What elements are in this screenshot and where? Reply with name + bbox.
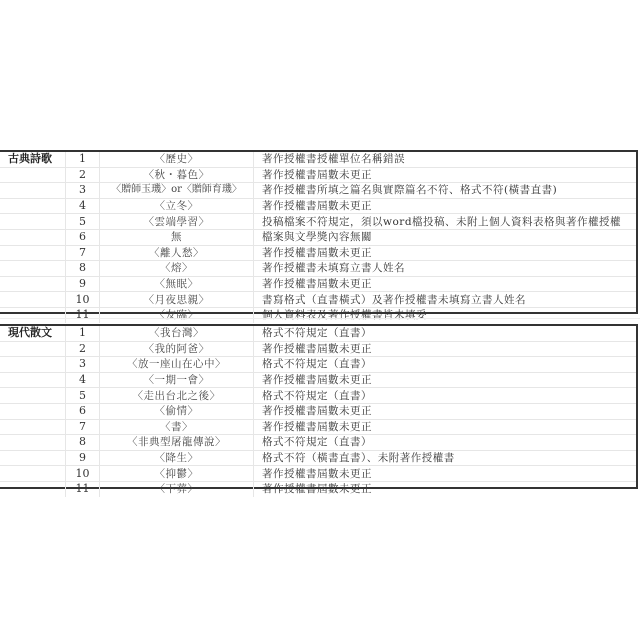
category-label: 現代散文 [0, 326, 66, 341]
category-cell-empty [0, 230, 66, 245]
row-number: 10 [66, 292, 100, 307]
category-cell-empty [0, 183, 66, 198]
table-row: 8 〈熔〉 著作授權書未填寫立書人姓名 [0, 261, 636, 277]
entry-title: 〈降生〉 [100, 451, 254, 466]
entry-title: 〈友臨〉 [100, 308, 254, 323]
category-cell-empty [0, 199, 66, 214]
table-row: 3 〈放一座山在心中〉 格式不符規定（直書） [0, 357, 636, 373]
entry-title: 〈偷情〉 [100, 404, 254, 419]
category-cell-empty [0, 373, 66, 388]
entry-title: 〈放一座山在心中〉 [100, 357, 254, 372]
table-row: 7 〈離人愁〉 著作授權書屆數未更正 [0, 246, 636, 262]
classical-poetry-table: 古典詩歌 1 〈歷史〉 著作授權書授權單位名稱錯誤 2 〈秋・暮色〉 著作授權書… [0, 150, 638, 314]
category-cell-empty [0, 435, 66, 450]
gridline [0, 318, 640, 319]
table-row: 2 〈我的阿爸〉 著作授權書屆數未更正 [0, 342, 636, 358]
table-row: 8 〈非典型屠龍傳說〉 格式不符規定（直書） [0, 435, 636, 451]
category-cell-empty [0, 388, 66, 403]
row-number: 10 [66, 466, 100, 481]
issue-description: 格式不符規定（直書） [254, 388, 636, 403]
table-row: 6 無 檔案與文學獎內容無關 [0, 230, 636, 246]
row-number: 7 [66, 246, 100, 261]
table-row: 4 〈立冬〉 著作授權書屆數未更正 [0, 199, 636, 215]
category-cell-empty [0, 466, 66, 481]
entry-title: 〈歷史〉 [100, 152, 254, 167]
row-number: 3 [66, 357, 100, 372]
entry-title: 無 [100, 230, 254, 245]
row-number: 1 [66, 326, 100, 341]
issue-description: 著作授權書屆數未更正 [254, 246, 636, 261]
issue-description: 著作授權書屆數未更正 [254, 168, 636, 183]
entry-title: 〈贈師玉璣〉or〈贈師育璣〉 [100, 183, 254, 198]
entry-title: 〈我的阿爸〉 [100, 342, 254, 357]
table-row: 3 〈贈師玉璣〉or〈贈師育璣〉 著作授權書所填之篇名與實際篇名不符、格式不符(… [0, 183, 636, 199]
entry-title: 〈一期一會〉 [100, 373, 254, 388]
entry-title: 〈走出台北之後〉 [100, 388, 254, 403]
entry-title: 〈抑鬱〉 [100, 466, 254, 481]
issue-description: 著作授權書屆數未更正 [254, 466, 636, 481]
row-number: 4 [66, 199, 100, 214]
entry-title: 〈我台灣〉 [100, 326, 254, 341]
row-number: 11 [66, 482, 100, 497]
issue-description: 著作授權書屆數未更正 [254, 373, 636, 388]
issue-description: 著作授權書屆數未更正 [254, 404, 636, 419]
issue-description: 格式不符規定（直書） [254, 357, 636, 372]
issue-description: 格式不符規定（直書） [254, 326, 636, 341]
category-cell-empty [0, 404, 66, 419]
table-row: 2 〈秋・暮色〉 著作授權書屆數未更正 [0, 168, 636, 184]
entry-title: 〈非典型屠龍傳說〉 [100, 435, 254, 450]
category-cell-empty [0, 277, 66, 292]
entry-title: 〈秋・暮色〉 [100, 168, 254, 183]
entry-title: 〈熔〉 [100, 261, 254, 276]
issue-description: 著作授權書屆數未更正 [254, 420, 636, 435]
category-cell-empty [0, 451, 66, 466]
issue-description: 著作授權書所填之篇名與實際篇名不符、格式不符(橫書直書) [254, 183, 636, 198]
issue-description: 著作授權書屆數未更正 [254, 199, 636, 214]
table-row: 6 〈偷情〉 著作授權書屆數未更正 [0, 404, 636, 420]
row-number: 11 [66, 308, 100, 323]
category-cell-empty [0, 482, 66, 497]
spreadsheet-sheet: 古典詩歌 1 〈歷史〉 著作授權書授權單位名稱錯誤 2 〈秋・暮色〉 著作授權書… [0, 0, 640, 640]
issue-description: 投稿檔案不符規定，須以word檔投稿、未附上個人資料表格與著作權授權 [254, 214, 636, 229]
row-number: 2 [66, 342, 100, 357]
issue-description: 檔案與文學獎內容無關 [254, 230, 636, 245]
entry-title: 〈離人愁〉 [100, 246, 254, 261]
issue-description: 著作授權書屆數未更正 [254, 342, 636, 357]
row-number: 1 [66, 152, 100, 167]
row-number: 8 [66, 261, 100, 276]
category-cell-empty [0, 342, 66, 357]
modern-prose-table: 現代散文 1 〈我台灣〉 格式不符規定（直書） 2 〈我的阿爸〉 著作授權書屆數… [0, 324, 638, 489]
issue-description: 著作授權書屆數未更正 [254, 277, 636, 292]
entry-title: 〈雲端學習〉 [100, 214, 254, 229]
table-row: 11 〈下葬〉 著作授權書屆數未更正 [0, 482, 636, 497]
entry-title: 〈下葬〉 [100, 482, 254, 497]
category-cell-empty [0, 261, 66, 276]
entry-title: 〈立冬〉 [100, 199, 254, 214]
table-row: 7 〈書〉 著作授權書屆數未更正 [0, 420, 636, 436]
category-cell-empty [0, 214, 66, 229]
category-cell-empty [0, 357, 66, 372]
issue-description: 個人資料表及著作授權書皆未填妥 [254, 308, 636, 323]
table-row: 現代散文 1 〈我台灣〉 格式不符規定（直書） [0, 326, 636, 342]
category-cell-empty [0, 246, 66, 261]
row-number: 7 [66, 420, 100, 435]
issue-description: 著作授權書屆數未更正 [254, 482, 636, 497]
table-row: 5 〈雲端學習〉 投稿檔案不符規定，須以word檔投稿、未附上個人資料表格與著作… [0, 214, 636, 230]
category-cell-empty [0, 308, 66, 323]
row-number: 5 [66, 214, 100, 229]
row-number: 4 [66, 373, 100, 388]
table-row: 10 〈月夜思親〉 書寫格式（直書橫式）及著作授權書未填寫立書人姓名 [0, 292, 636, 308]
entry-title: 〈月夜思親〉 [100, 292, 254, 307]
table-row: 11 〈友臨〉 個人資料表及著作授權書皆未填妥 [0, 308, 636, 323]
row-number: 6 [66, 230, 100, 245]
issue-description: 著作授權書授權單位名稱錯誤 [254, 152, 636, 167]
category-cell-empty [0, 420, 66, 435]
entry-title: 〈無眠〉 [100, 277, 254, 292]
table-row: 古典詩歌 1 〈歷史〉 著作授權書授權單位名稱錯誤 [0, 152, 636, 168]
table-row: 5 〈走出台北之後〉 格式不符規定（直書） [0, 388, 636, 404]
row-number: 2 [66, 168, 100, 183]
row-number: 9 [66, 451, 100, 466]
table-row: 10 〈抑鬱〉 著作授權書屆數未更正 [0, 466, 636, 482]
row-number: 6 [66, 404, 100, 419]
category-label: 古典詩歌 [0, 152, 66, 167]
category-cell-empty [0, 168, 66, 183]
category-cell-empty [0, 292, 66, 307]
issue-description: 著作授權書未填寫立書人姓名 [254, 261, 636, 276]
row-number: 3 [66, 183, 100, 198]
table-row: 9 〈降生〉 格式不符（橫書直書）、未附著作授權書 [0, 451, 636, 467]
entry-title: 〈書〉 [100, 420, 254, 435]
issue-description: 格式不符規定（直書） [254, 435, 636, 450]
row-number: 9 [66, 277, 100, 292]
issue-description: 格式不符（橫書直書）、未附著作授權書 [254, 451, 636, 466]
row-number: 8 [66, 435, 100, 450]
issue-description: 書寫格式（直書橫式）及著作授權書未填寫立書人姓名 [254, 292, 636, 307]
row-number: 5 [66, 388, 100, 403]
table-row: 4 〈一期一會〉 著作授權書屆數未更正 [0, 373, 636, 389]
table-row: 9 〈無眠〉 著作授權書屆數未更正 [0, 277, 636, 293]
